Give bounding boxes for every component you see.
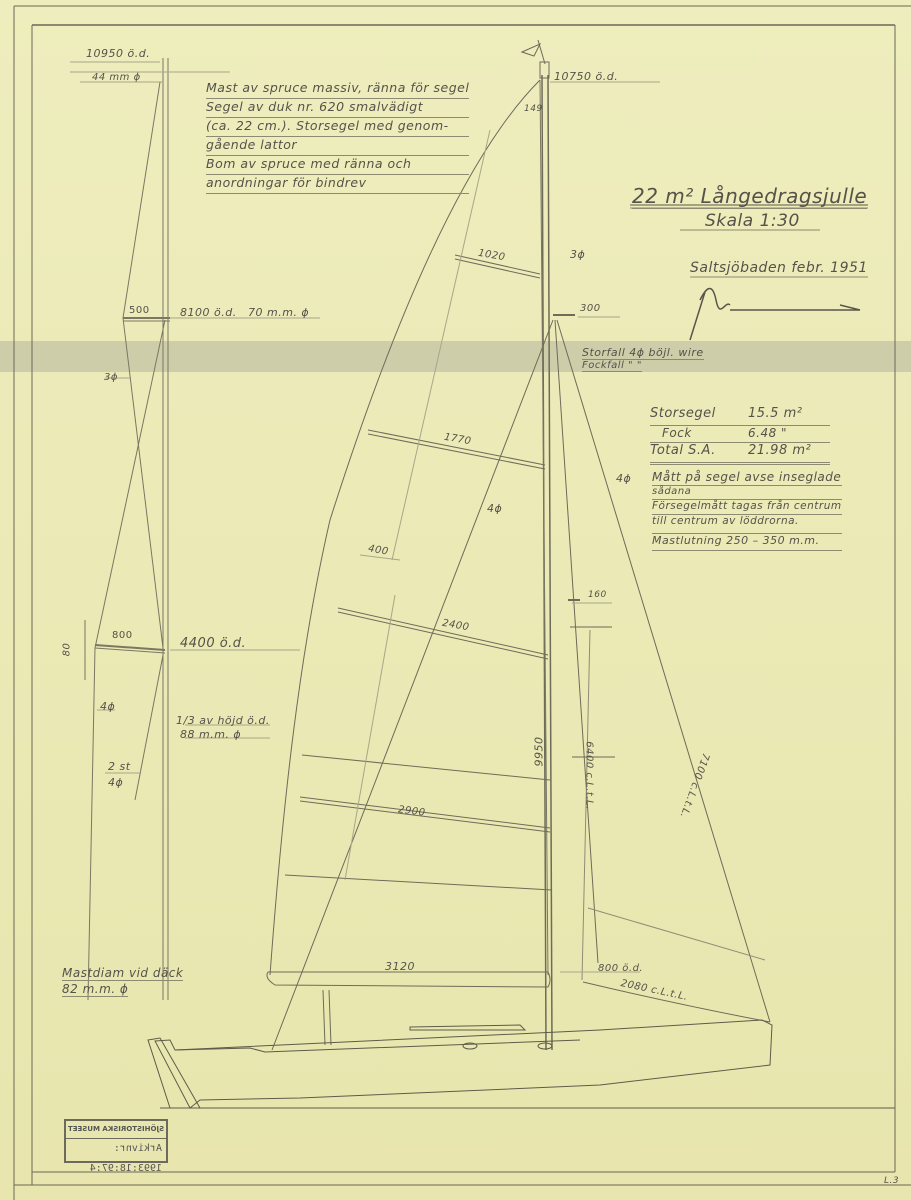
sail-area-value: 6.48 " <box>748 426 787 442</box>
third-diameter-label: 88 m.m. ϕ <box>180 728 241 741</box>
sail-area-label: Storsegel <box>650 406 748 425</box>
masthead-height: 10750 ö.d. <box>554 70 618 83</box>
upper-spreader-height: 8100 ö.d. <box>180 306 237 319</box>
mast-deck-label: Mastdiam vid däck <box>62 966 183 981</box>
jib-luff-length: 6400 c.L.t.L. <box>584 741 595 809</box>
boom-length: 3120 <box>385 960 415 973</box>
lower-shroud-spec: 4ϕ <box>108 776 123 789</box>
note-line: Mast av spruce massiv, ränna för segel <box>206 80 469 99</box>
mast-deck-value: 82 m.m. ϕ <box>62 982 128 997</box>
mast-top-height: 10950 ö.d. <box>86 47 150 60</box>
sail-area-label: Fock <box>650 426 748 442</box>
remark-line: sådana <box>652 486 842 500</box>
remark-line: Mått på segel avse inseglade <box>652 470 842 486</box>
note-line: anordningar för bindrev <box>206 175 469 194</box>
forestay-upper-size: 3ϕ <box>570 248 585 261</box>
upper-spreader-width: 500 <box>129 305 150 316</box>
headboard-size: 149 <box>524 104 543 114</box>
sail-area-table: Storsegel 15.5 m² Fock 6.48 " Total S.A.… <box>650 406 830 465</box>
sail-area-row: Storsegel 15.5 m² <box>650 406 830 426</box>
corner-mark: L.3 <box>884 1176 899 1186</box>
drawing-scale: Skala 1:30 <box>705 211 800 231</box>
upper-spreader-diameter: 70 m.m. ϕ <box>248 306 309 319</box>
remark-line: Mastlutning 250 – 350 m.m. <box>652 534 842 551</box>
mainsail <box>267 80 552 1045</box>
jib-wire-size: 4ϕ <box>616 472 631 485</box>
mast-top-diameter: 44 mm ϕ <box>92 72 141 83</box>
sail-area-row: Fock 6.48 " <box>650 426 830 443</box>
lower-shroud-count: 2 st <box>108 760 131 773</box>
remarks: Mått på segel avse inseglade sådana Förs… <box>652 470 842 551</box>
sail-area-label: Total S.A. <box>650 443 748 462</box>
sail-area-value: 21.98 m² <box>748 443 811 462</box>
note-line: (ca. 22 cm.). Storsegel med genom- <box>206 118 469 137</box>
third-height-label: 1/3 av höjd ö.d. <box>176 714 270 727</box>
forestay-size: 4ϕ <box>487 502 502 515</box>
hounds-offset: 300 <box>580 303 601 314</box>
lower-shroud-size: 4ϕ <box>100 700 115 713</box>
stamp-museum: SJÖHISTORISKA MUSEET <box>66 1121 166 1139</box>
lower-spreader-offset: 80 <box>61 643 72 657</box>
jib-clew-height: 800 ö.d. <box>598 963 643 974</box>
sail-area-value: 15.5 m² <box>748 406 802 425</box>
note-line: gående lattor <box>206 137 469 156</box>
upper-shroud-size: 3ϕ <box>104 372 118 383</box>
stamp-archive-number: Arkivnr: 1993:18:97:4 <box>66 1139 166 1159</box>
sail-area-row: Total S.A. 21.98 m² <box>650 443 830 465</box>
remark-line: Försegelmått tagas från centrum <box>652 500 842 515</box>
hull <box>148 1020 895 1108</box>
place-date: Saltsjöbaden febr. 1951 <box>690 260 868 276</box>
lower-spreader-width: 800 <box>112 630 133 641</box>
construction-notes: Mast av spruce massiv, ränna för segel S… <box>206 80 469 194</box>
drawing-title: 22 m² Långedragsjulle <box>632 184 867 209</box>
mast-offset: 160 <box>588 590 607 600</box>
museum-stamp: SJÖHISTORISKA MUSEET Arkivnr: 1993:18:97… <box>64 1119 168 1163</box>
halyard-jib: Fockfall " " <box>582 360 642 372</box>
lower-spreader-height: 4400 ö.d. <box>180 636 246 651</box>
note-line: Segel av duk nr. 620 smalvädigt <box>206 99 469 118</box>
mast-detail <box>70 58 320 1000</box>
halyard-main: Storfall 4ϕ böjl. wire <box>582 346 704 360</box>
remark-line: till centrum av löddrorna. <box>652 515 842 534</box>
note-line: Bom av spruce med ränna och <box>206 156 469 175</box>
main-luff-length: 9950 <box>533 737 546 767</box>
